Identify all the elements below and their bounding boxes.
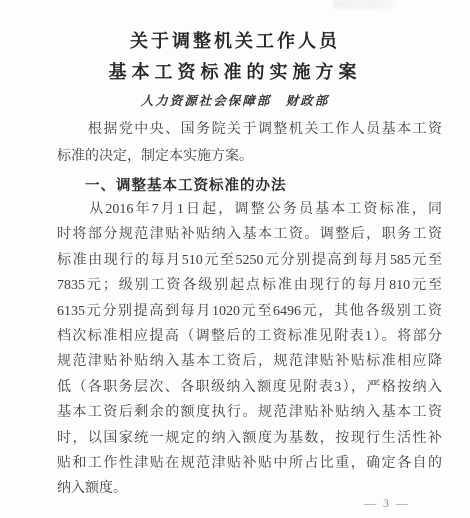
text-line: 从2016年7月1日起，调整公务员基本工资标准，同 [57,197,442,222]
scan-artifact [333,0,395,9]
document-title-line2: 基本工资标准的实施方案 [0,62,470,83]
document-title: 关于调整机关工作人员 基本工资标准的实施方案 [0,31,470,83]
document-page: 关于调整机关工作人员 基本工资标准的实施方案 人力资源社会保障部 财政部 根据党… [0,0,470,518]
paragraph-adjustment-method: 从2016年7月1日起，调整公务员基本工资标准，同 时将部分规范津贴补贴纳入基本… [57,197,442,502]
paragraph-intro: 根据党中央、国务院关于调整机关工作人员基本工资 标准的决定，制定本实施方案。 [57,116,442,170]
text-line: 时将部分规范津贴补贴纳入基本工资。调整后，职务工资 [57,222,442,247]
issuing-agencies: 人力资源社会保障部 财政部 [0,91,470,109]
text-line: 6135元分别提高到每月1020元至6496元，其他各级别工资 [57,299,442,324]
text-line: 低（各职务层次、各职级纳入额度见附表3），严格按纳入 [57,375,442,400]
document-title-line1: 关于调整机关工作人员 [0,31,470,52]
page-number: — 3 — [364,496,410,511]
text-line: 7835元；级别工资各级别起点标准由现行的每月810元至 [57,273,442,298]
text-line: 贴和工作性津贴在规范津贴补贴中所占比重，确定各自的 [57,451,442,476]
text-line: 标准的决定，制定本实施方案。 [57,143,442,170]
section-heading: 一、调整基本工资标准的办法 [85,174,287,195]
text-line: 基本工资后剩余的额度执行。规范津贴补贴纳入基本工资 [57,400,442,425]
text-line: 根据党中央、国务院关于调整机关工作人员基本工资 [57,116,442,143]
text-line: 标准由现行的每月510元至5250元分别提高到每月585元至 [57,248,442,273]
text-line: 档次标准相应提高（调整后的工资标准见附表1）。将部分 [57,324,442,349]
text-line: 时，以国家统一规定的纳入额度为基数，按现行生活性补 [57,426,442,451]
text-line: 规范津贴补贴纳入基本工资后，规范津贴补贴标准相应降 [57,349,442,374]
